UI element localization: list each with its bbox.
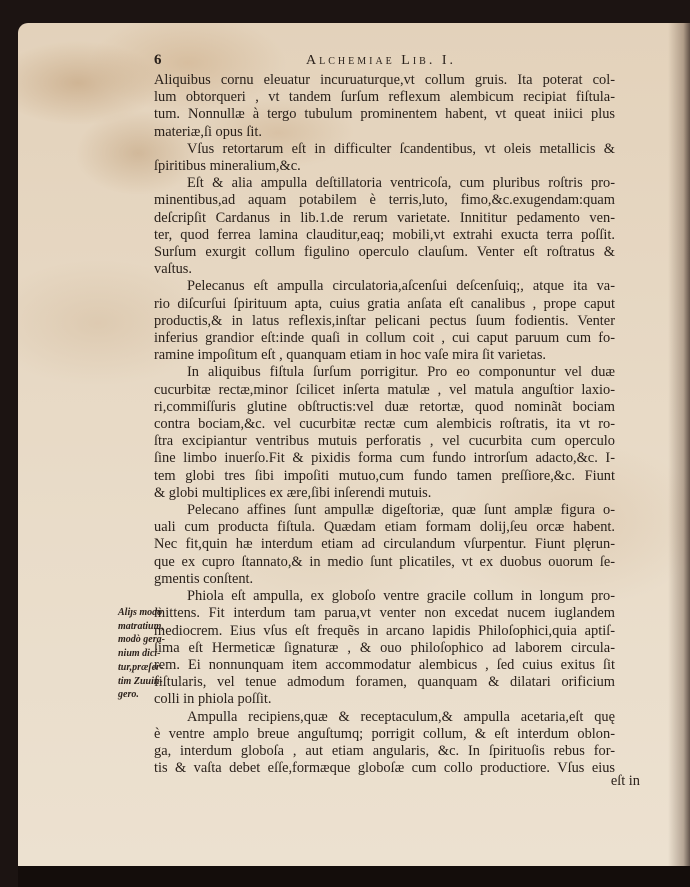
running-head: 6 Alchemiae Lib. I. <box>154 50 615 72</box>
marginal-note: Aliȷs modò matratium, modò gera- nium di… <box>118 606 178 702</box>
text-line: minentibus,ad aquam potabilem è terris,l… <box>154 192 615 209</box>
text-line: Eſt & alia ampulla deſtillatoria ventric… <box>154 175 615 192</box>
text-line: ſpiritibus mineralium,&c. <box>154 158 615 175</box>
paragraph-7: Phiola eſt ampulla, ex globoſo ventre gr… <box>154 588 615 708</box>
text-line: Ampulla recipiens,quæ & receptaculum,& a… <box>154 709 615 726</box>
text-line: & globi multiplices ex ære,ſibi inſerend… <box>154 485 615 502</box>
text-line: Pelecanus eſt ampulla circulatoria,aſcen… <box>154 278 615 295</box>
page-body: 6 Alchemiae Lib. I. Aliquibus cornu eleu… <box>165 50 615 777</box>
running-head-title: Alchemiae Lib. I. <box>306 53 456 69</box>
paragraph-3: Eſt & alia ampulla deſtillatoria ventric… <box>154 175 615 278</box>
text-line: tem globi tres ſibi impoſiti mutuo,cum f… <box>154 468 615 485</box>
text-line: gmentis conſtent. <box>154 571 615 588</box>
text-line: Phiola eſt ampulla, ex globoſo ventre gr… <box>154 588 615 605</box>
text-line: contra bociam,&c. vel cucurbitæ rectæ cu… <box>154 416 615 433</box>
main-text: Aliquibus cornu eleuatur incuruaturque,v… <box>154 72 615 777</box>
catchword: eſt in <box>611 773 640 790</box>
text-line: ſine limbo inuerſo.Fit & pixidis forma c… <box>154 450 615 467</box>
text-line: deſcripſit Cardanus in lib.1.de rerum va… <box>154 210 615 227</box>
paragraph-4: Pelecanus eſt ampulla circulatoria,aſcen… <box>154 278 615 364</box>
text-line: Nec fit,quin hæ interdum etiam ad circul… <box>154 536 615 553</box>
text-line: vaſtus. <box>154 261 615 278</box>
marginal-note-line: modò gera- <box>118 633 178 647</box>
text-line: Surſum exurgit collum figulino operculo … <box>154 244 615 261</box>
marginal-note-line: matratium, <box>118 620 178 634</box>
paragraph-2: Vſus retortarum eſt in difficulter ſcand… <box>154 141 615 175</box>
text-line: Pelecano affines ſunt ampullæ digeſtoriæ… <box>154 502 615 519</box>
text-line: lum obtorqueri , vt tandem ſurſum reflex… <box>154 89 615 106</box>
page-bottom-shadow <box>18 866 690 887</box>
text-line: ga, interdum globoſa , aut etiam angular… <box>154 743 615 760</box>
paragraph-6: Pelecano affines ſunt ampullæ digeſtoriæ… <box>154 502 615 588</box>
text-line: que ex cupro ſtannato,& in medio ſunt pl… <box>154 554 615 571</box>
paragraph-8: Ampulla recipiens,quæ & receptaculum,& a… <box>154 709 615 778</box>
marginal-note-line: tim Zuuin- <box>118 675 178 689</box>
marginal-note-line: gero. <box>118 688 178 702</box>
text-line: productis,& in latus reflexis,inſtar pel… <box>154 313 615 330</box>
paragraph-1: Aliquibus cornu eleuatur incuruaturque,v… <box>154 72 615 141</box>
text-line: ramine impoſitum eſt , quanquam etiam in… <box>154 347 615 364</box>
marginal-note-line: nium dici- <box>118 647 178 661</box>
text-line: tum. Nonnullæ à tergo tubulum prominente… <box>154 106 615 123</box>
text-line: colli in phiola poſſit. <box>154 691 615 708</box>
text-line: ſtra excipiantur ventribus mutuis perfor… <box>154 433 615 450</box>
marginal-note-line: tur,præſer- <box>118 661 178 675</box>
text-line: ſima eſt Hermeticæ ſignaturæ , & ouo phi… <box>154 640 615 657</box>
page-number: 6 <box>154 52 162 69</box>
text-line: è ventre amplo breue anguſtumq; porrigit… <box>154 726 615 743</box>
text-line: rio diſcurſui ſpirituum apta, cuius grat… <box>154 296 615 313</box>
text-line: cucurbitæ rectæ,minor ſcilicet inſerta m… <box>154 382 615 399</box>
paragraph-5: In aliquibus fiſtula ſurſum porrigitur. … <box>154 364 615 502</box>
text-line: mediocrem. Eius vſus eſt frequẽs in arca… <box>154 623 615 640</box>
text-line: materiæ,ſi opus ſit. <box>154 124 615 141</box>
text-line: In aliquibus fiſtula ſurſum porrigitur. … <box>154 364 615 381</box>
text-line: fiſtularis, vel tenue admodum foramen, q… <box>154 674 615 691</box>
text-line: Vſus retortarum eſt in difficulter ſcand… <box>154 141 615 158</box>
text-line: tis & vaſta debet eſſe,formæque globoſæ … <box>154 760 615 777</box>
text-line: inferius grandior eſt:inde quaſi in coll… <box>154 330 615 347</box>
text-line: Aliquibus cornu eleuatur incuruaturque,v… <box>154 72 615 89</box>
text-line: ter, quod ferrea lamina clauditur,eaq; m… <box>154 227 615 244</box>
text-line: rem. Ei nonnunquam item accommodatur ale… <box>154 657 615 674</box>
scanned-page-view: 6 Alchemiae Lib. I. Aliquibus cornu eleu… <box>0 0 690 887</box>
text-line: mittens. Fit interdum tam parua,vt vente… <box>154 605 615 622</box>
text-line: uali cum producta fiſtula. Quædam etiam … <box>154 519 615 536</box>
marginal-note-line: Aliȷs modò <box>118 606 178 620</box>
text-line: ri,commiſſuris glutine obſtructis:vel du… <box>154 399 615 416</box>
